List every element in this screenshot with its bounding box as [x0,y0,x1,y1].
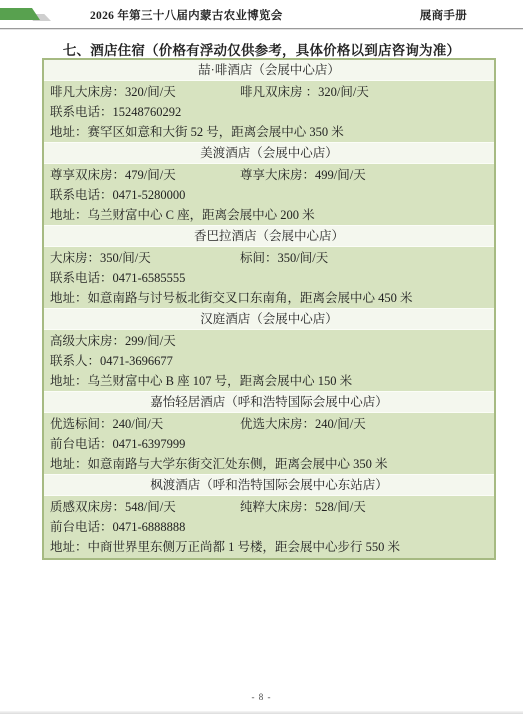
price-room-2: 尊享大床房：499/间/天 [240,168,366,182]
hotel-block: 枫渡酒店（呼和浩特国际会展中心东站店） 质感双床房：548/间/天纯粹大床房：5… [44,475,494,558]
price-room-1: 啡凡大床房：320/间/天 [50,82,240,102]
phone-line: 联系电话：0471-5280000 [50,185,488,205]
phone-line: 联系电话：15248760292 [50,102,488,122]
hotel-info-row: 优选标间：240/间/天优选大床房：240/间/天 前台电话：0471-6397… [44,413,494,475]
hotel-info-row: 大床房：350/间/天标间：350/间/天 联系电话：0471-6585555 … [44,247,494,309]
hotel-name-row: 香巴拉酒店（会展中心店） [44,226,494,247]
address-line: 地址：如意南路与讨号板北街交叉口东南角，距离会展中心 450 米 [50,288,488,308]
hotel-block: 喆·啡酒店（会展中心店） 啡凡大床房：320/间/天啡凡双床房 ：320/间/天… [44,60,494,143]
hotel-name-row: 嘉怡轻居酒店（呼和浩特国际会展中心店） [44,392,494,413]
address-line: 地址：乌兰财富中心 C 座，距离会展中心 200 米 [50,205,488,225]
hotel-block: 香巴拉酒店（会展中心店） 大床房：350/间/天标间：350/间/天 联系电话：… [44,226,494,309]
price-line: 高级大床房：299/间/天 [50,331,488,351]
price-line: 尊享双床房：479/间/天尊享大床房：499/间/天 [50,165,488,185]
hotel-info-row: 高级大床房：299/间/天 联系人：0471-3696677 地址：乌兰财富中心… [44,330,494,392]
price-room-1: 尊享双床房：479/间/天 [50,165,240,185]
hotel-name-row: 枫渡酒店（呼和浩特国际会展中心东站店） [44,475,494,496]
price-room-1: 优选标间：240/间/天 [50,414,240,434]
green-ribbon-decoration [0,8,40,20]
section-title: 七、酒店住宿（价格有浮动仅供参考，具体价格以到店咨询为准） [0,39,523,59]
address-line: 地址：乌兰财富中心 B 座 107 号，距离会展中心 150 米 [50,371,488,391]
price-room-2: 纯粹大床房：528/间/天 [240,500,366,514]
price-line: 啡凡大床房：320/间/天啡凡双床房 ：320/间/天 [50,82,488,102]
price-room-2: 标间：350/间/天 [240,251,328,265]
price-room-1: 高级大床房：299/间/天 [50,331,240,351]
price-room-2: 优选大床房：240/间/天 [240,417,366,431]
phone-line: 联系人：0471-3696677 [50,351,488,371]
phone-line: 联系电话：0471-6585555 [50,268,488,288]
hotel-block: 美渡酒店（会展中心店） 尊享双床房：479/间/天尊享大床房：499/间/天 联… [44,143,494,226]
hotel-info-row: 尊享双床房：479/间/天尊享大床房：499/间/天 联系电话：0471-528… [44,164,494,226]
price-room-2: 啡凡双床房 ：320/间/天 [240,85,369,99]
price-line: 优选标间：240/间/天优选大床房：240/间/天 [50,414,488,434]
hotel-block: 嘉怡轻居酒店（呼和浩特国际会展中心店） 优选标间：240/间/天优选大床房：24… [44,392,494,475]
hotel-name-row: 汉庭酒店（会展中心店） [44,309,494,330]
price-line: 大床房：350/间/天标间：350/间/天 [50,248,488,268]
hotel-info-row: 质感双床房：548/间/天纯粹大床房：528/间/天 前台电话：0471-688… [44,496,494,558]
document-header-manual: 展商手册 [420,7,467,23]
address-line: 地址：中商世界里东侧万正尚都 1 号楼，距会展中心步行 550 米 [50,537,488,557]
hotel-name-row: 喆·啡酒店（会展中心店） [44,60,494,81]
hotel-name-row: 美渡酒店（会展中心店） [44,143,494,164]
address-line: 地址：如意南路与大学东街交汇处东侧，距离会展中心 350 米 [50,454,488,474]
price-room-1: 大床房：350/间/天 [50,248,240,268]
hotel-table: 喆·啡酒店（会展中心店） 啡凡大床房：320/间/天啡凡双床房 ：320/间/天… [42,58,496,560]
header-divider-rule [0,28,523,30]
price-room-1: 质感双床房：548/间/天 [50,497,240,517]
phone-line: 前台电话：0471-6888888 [50,517,488,537]
hotel-block: 汉庭酒店（会展中心店） 高级大床房：299/间/天 联系人：0471-36966… [44,309,494,392]
phone-line: 前台电话：0471-6397999 [50,434,488,454]
price-line: 质感双床房：548/间/天纯粹大床房：528/间/天 [50,497,488,517]
document-header-title: 2026 年第三十八届内蒙古农业博览会 [90,7,283,23]
hotel-info-row: 啡凡大床房：320/间/天啡凡双床房 ：320/间/天 联系电话：1524876… [44,81,494,143]
address-line: 地址：赛罕区如意和大街 52 号，距离会展中心 350 米 [50,122,488,142]
page-number: - 8 - [0,692,523,702]
